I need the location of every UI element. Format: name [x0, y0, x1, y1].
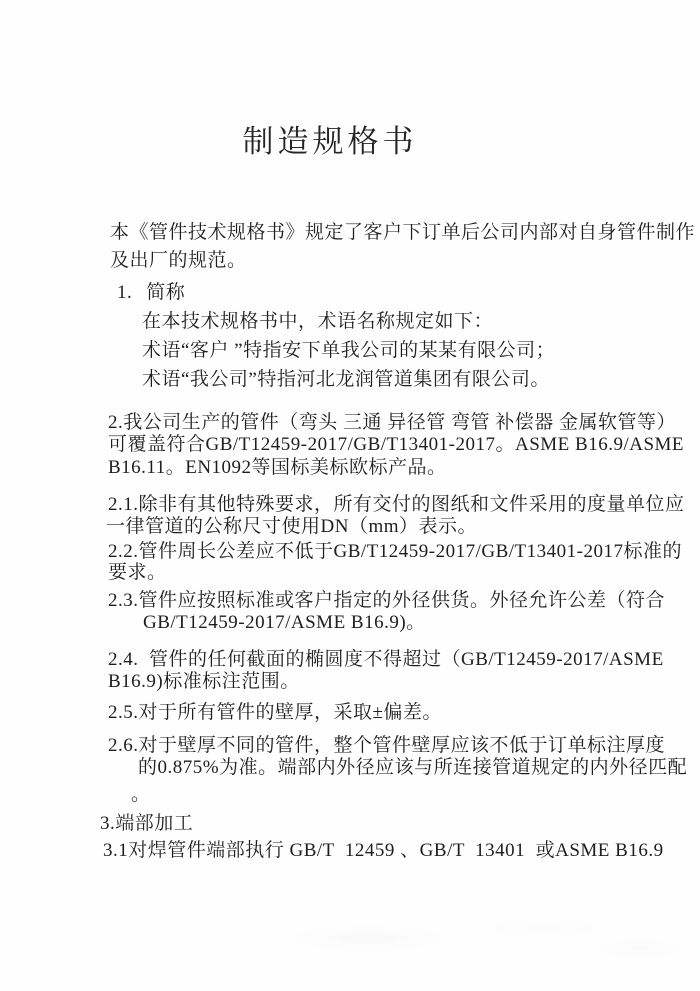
section1-line-1: 在本技术规格书中，术语名称规定如下：	[142, 311, 493, 333]
section2-para-line-3: B16.11。EN1092等国标美标欧标产品。	[108, 457, 447, 479]
clause-2-3-line-1: 2.3.管件应按照标准或客户指定的外径供货。外径允许公差（符合	[108, 590, 665, 612]
scan-noise-artifact	[290, 900, 680, 970]
clause-2-6-line-2: 的0.875%为准。端部内外径应该与所连接管道规定的内外径匹配	[138, 757, 687, 779]
clause-3-1-line-1: 3.1对焊管件端部执行 GB/T 12459 、GB/T 13401 或ASME…	[103, 840, 664, 862]
clause-2-6-line-1: 2.6.对于壁厚不同的管件，整个管件壁厚应该不低于订单标注厚度	[108, 735, 665, 757]
clause-2-1-line-2: 一律管道的公称尺寸使用DN（mm）表示。	[106, 516, 477, 538]
clause-2-6-line-3: 。	[131, 784, 151, 806]
clause-2-4-line-2: B16.9)标准标注范围。	[108, 671, 300, 693]
intro-line-1: 本《管件技术规格书》规定了客户下订单后公司内部对自身管件制作	[110, 222, 695, 244]
document-page: 制造规格书 本《管件技术规格书》规定了客户下订单后公司内部对自身管件制作 及出厂…	[0, 0, 700, 991]
clause-2-4-line-1: 2.4. 管件的任何截面的椭圆度不得超过（GB/T12459-2017/ASME	[108, 649, 664, 671]
section2-para-line-1: 2.我公司生产的管件（弯头 三通 异径管 弯管 补偿器 金属软管等）	[108, 412, 676, 434]
section3-heading: 3.端部加工	[100, 813, 193, 835]
clause-2-5-line-1: 2.5.对于所有管件的壁厚，采取±偏差。	[108, 702, 442, 724]
section1-line-3: 术语“我公司”特指河北龙润管道集团有限公司。	[142, 369, 550, 391]
clause-2-2-line-1: 2.2.管件周长公差应不低于GB/T12459-2017/GB/T13401-2…	[108, 541, 682, 563]
section1-line-2: 术语“客户 ”特指安下单我公司的某某有限公司；	[142, 340, 555, 362]
section2-para-line-2: 可覆盖符合GB/T12459-2017/GB/T13401-2017。ASME …	[108, 434, 684, 456]
document-title: 制造规格书	[0, 116, 660, 161]
section1-heading: 1.简称	[117, 282, 185, 304]
section1-number: 1.	[117, 282, 132, 304]
clause-2-1-line-1: 2.1.除非有其他特殊要求，所有交付的图纸和文件采用的度量单位应	[108, 494, 685, 516]
section1-label: 简称	[146, 282, 185, 304]
clause-2-2-line-2: 要求。	[108, 562, 167, 584]
intro-line-2: 及出厂的规范。	[110, 250, 247, 272]
clause-2-3-line-2: GB/T12459-2017/ASME B16.9)。	[143, 612, 426, 634]
